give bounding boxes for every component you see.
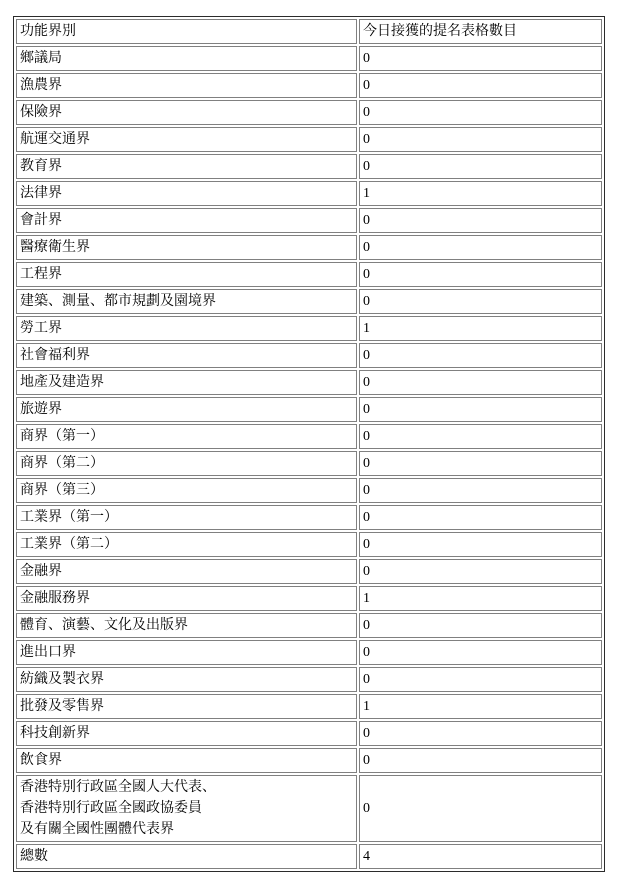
- table-row: 總數4: [16, 844, 602, 869]
- constituency-cell: 漁農界: [16, 73, 357, 98]
- count-cell: 4: [359, 844, 602, 869]
- table-row: 工業界（第二）0: [16, 532, 602, 557]
- count-cell: 0: [359, 451, 602, 476]
- constituency-cell: 工程界: [16, 262, 357, 287]
- constituency-cell: 金融服務界: [16, 586, 357, 611]
- count-cell: 1: [359, 316, 602, 341]
- table-row: 體育、演藝、文化及出版界0: [16, 613, 602, 638]
- table-row: 批發及零售界1: [16, 694, 602, 719]
- table-row: 勞工界1: [16, 316, 602, 341]
- count-cell: 0: [359, 721, 602, 746]
- table-row: 商界（第一）0: [16, 424, 602, 449]
- constituency-cell: 金融界: [16, 559, 357, 584]
- header-row: 功能界別 今日接獲的提名表格數目: [16, 19, 602, 44]
- count-cell: 1: [359, 181, 602, 206]
- constituency-cell: 教育界: [16, 154, 357, 179]
- count-cell: 0: [359, 262, 602, 287]
- constituency-cell: 香港特別行政區全國人大代表、 香港特別行政區全國政協委員 及有關全國性團體代表界: [16, 775, 357, 842]
- page: 功能界別 今日接獲的提名表格數目 鄉議局0漁農界0保險界0航運交通界0教育界0法…: [0, 0, 618, 888]
- count-cell: 0: [359, 73, 602, 98]
- constituency-cell: 社會福利界: [16, 343, 357, 368]
- table-body: 功能界別 今日接獲的提名表格數目 鄉議局0漁農界0保險界0航運交通界0教育界0法…: [16, 19, 602, 869]
- table-row: 進出口界0: [16, 640, 602, 665]
- constituency-cell: 地產及建造界: [16, 370, 357, 395]
- count-cell: 0: [359, 613, 602, 638]
- constituency-cell: 批發及零售界: [16, 694, 357, 719]
- nomination-forms-table: 功能界別 今日接獲的提名表格數目 鄉議局0漁農界0保險界0航運交通界0教育界0法…: [13, 16, 605, 872]
- table-row: 科技創新界0: [16, 721, 602, 746]
- count-cell: 0: [359, 748, 602, 773]
- constituency-cell: 商界（第一）: [16, 424, 357, 449]
- count-cell: 0: [359, 127, 602, 152]
- count-cell: 0: [359, 343, 602, 368]
- count-cell: 0: [359, 235, 602, 260]
- table-row: 紡織及製衣界0: [16, 667, 602, 692]
- count-cell: 0: [359, 532, 602, 557]
- constituency-cell: 勞工界: [16, 316, 357, 341]
- count-cell: 0: [359, 667, 602, 692]
- constituency-cell: 飲食界: [16, 748, 357, 773]
- table-row: 航運交通界0: [16, 127, 602, 152]
- count-cell: 0: [359, 46, 602, 71]
- count-cell: 0: [359, 154, 602, 179]
- count-cell: 0: [359, 775, 602, 842]
- table-row: 鄉議局0: [16, 46, 602, 71]
- table-row: 商界（第二）0: [16, 451, 602, 476]
- header-cell-count: 今日接獲的提名表格數目: [359, 19, 602, 44]
- count-cell: 0: [359, 478, 602, 503]
- constituency-cell: 工業界（第二）: [16, 532, 357, 557]
- count-cell: 0: [359, 505, 602, 530]
- constituency-cell: 商界（第二）: [16, 451, 357, 476]
- header-cell-constituency: 功能界別: [16, 19, 357, 44]
- table-row: 飲食界0: [16, 748, 602, 773]
- constituency-cell: 商界（第三）: [16, 478, 357, 503]
- table-row: 工業界（第一）0: [16, 505, 602, 530]
- table-row: 香港特別行政區全國人大代表、 香港特別行政區全國政協委員 及有關全國性團體代表界…: [16, 775, 602, 842]
- table-row: 會計界0: [16, 208, 602, 233]
- table-row: 金融界0: [16, 559, 602, 584]
- count-cell: 0: [359, 640, 602, 665]
- count-cell: 0: [359, 424, 602, 449]
- constituency-cell: 旅遊界: [16, 397, 357, 422]
- constituency-cell: 醫療衛生界: [16, 235, 357, 260]
- count-cell: 0: [359, 100, 602, 125]
- count-cell: 0: [359, 208, 602, 233]
- count-cell: 0: [359, 559, 602, 584]
- table-row: 建築、測量、都市規劃及園境界0: [16, 289, 602, 314]
- table-row: 金融服務界1: [16, 586, 602, 611]
- count-cell: 1: [359, 694, 602, 719]
- constituency-cell: 建築、測量、都市規劃及園境界: [16, 289, 357, 314]
- constituency-cell: 進出口界: [16, 640, 357, 665]
- table-row: 醫療衛生界0: [16, 235, 602, 260]
- constituency-cell: 紡織及製衣界: [16, 667, 357, 692]
- table-row: 商界（第三）0: [16, 478, 602, 503]
- constituency-cell: 工業界（第一）: [16, 505, 357, 530]
- constituency-cell: 法律界: [16, 181, 357, 206]
- constituency-cell: 體育、演藝、文化及出版界: [16, 613, 357, 638]
- table-row: 保險界0: [16, 100, 602, 125]
- constituency-cell: 航運交通界: [16, 127, 357, 152]
- constituency-cell: 科技創新界: [16, 721, 357, 746]
- table-row: 地產及建造界0: [16, 370, 602, 395]
- constituency-cell: 會計界: [16, 208, 357, 233]
- table-row: 法律界1: [16, 181, 602, 206]
- count-cell: 1: [359, 586, 602, 611]
- table-row: 工程界0: [16, 262, 602, 287]
- count-cell: 0: [359, 289, 602, 314]
- count-cell: 0: [359, 397, 602, 422]
- table-row: 旅遊界0: [16, 397, 602, 422]
- table-row: 教育界0: [16, 154, 602, 179]
- table-row: 社會福利界0: [16, 343, 602, 368]
- count-cell: 0: [359, 370, 602, 395]
- table-row: 漁農界0: [16, 73, 602, 98]
- constituency-cell: 鄉議局: [16, 46, 357, 71]
- constituency-cell: 保險界: [16, 100, 357, 125]
- constituency-cell: 總數: [16, 844, 357, 869]
